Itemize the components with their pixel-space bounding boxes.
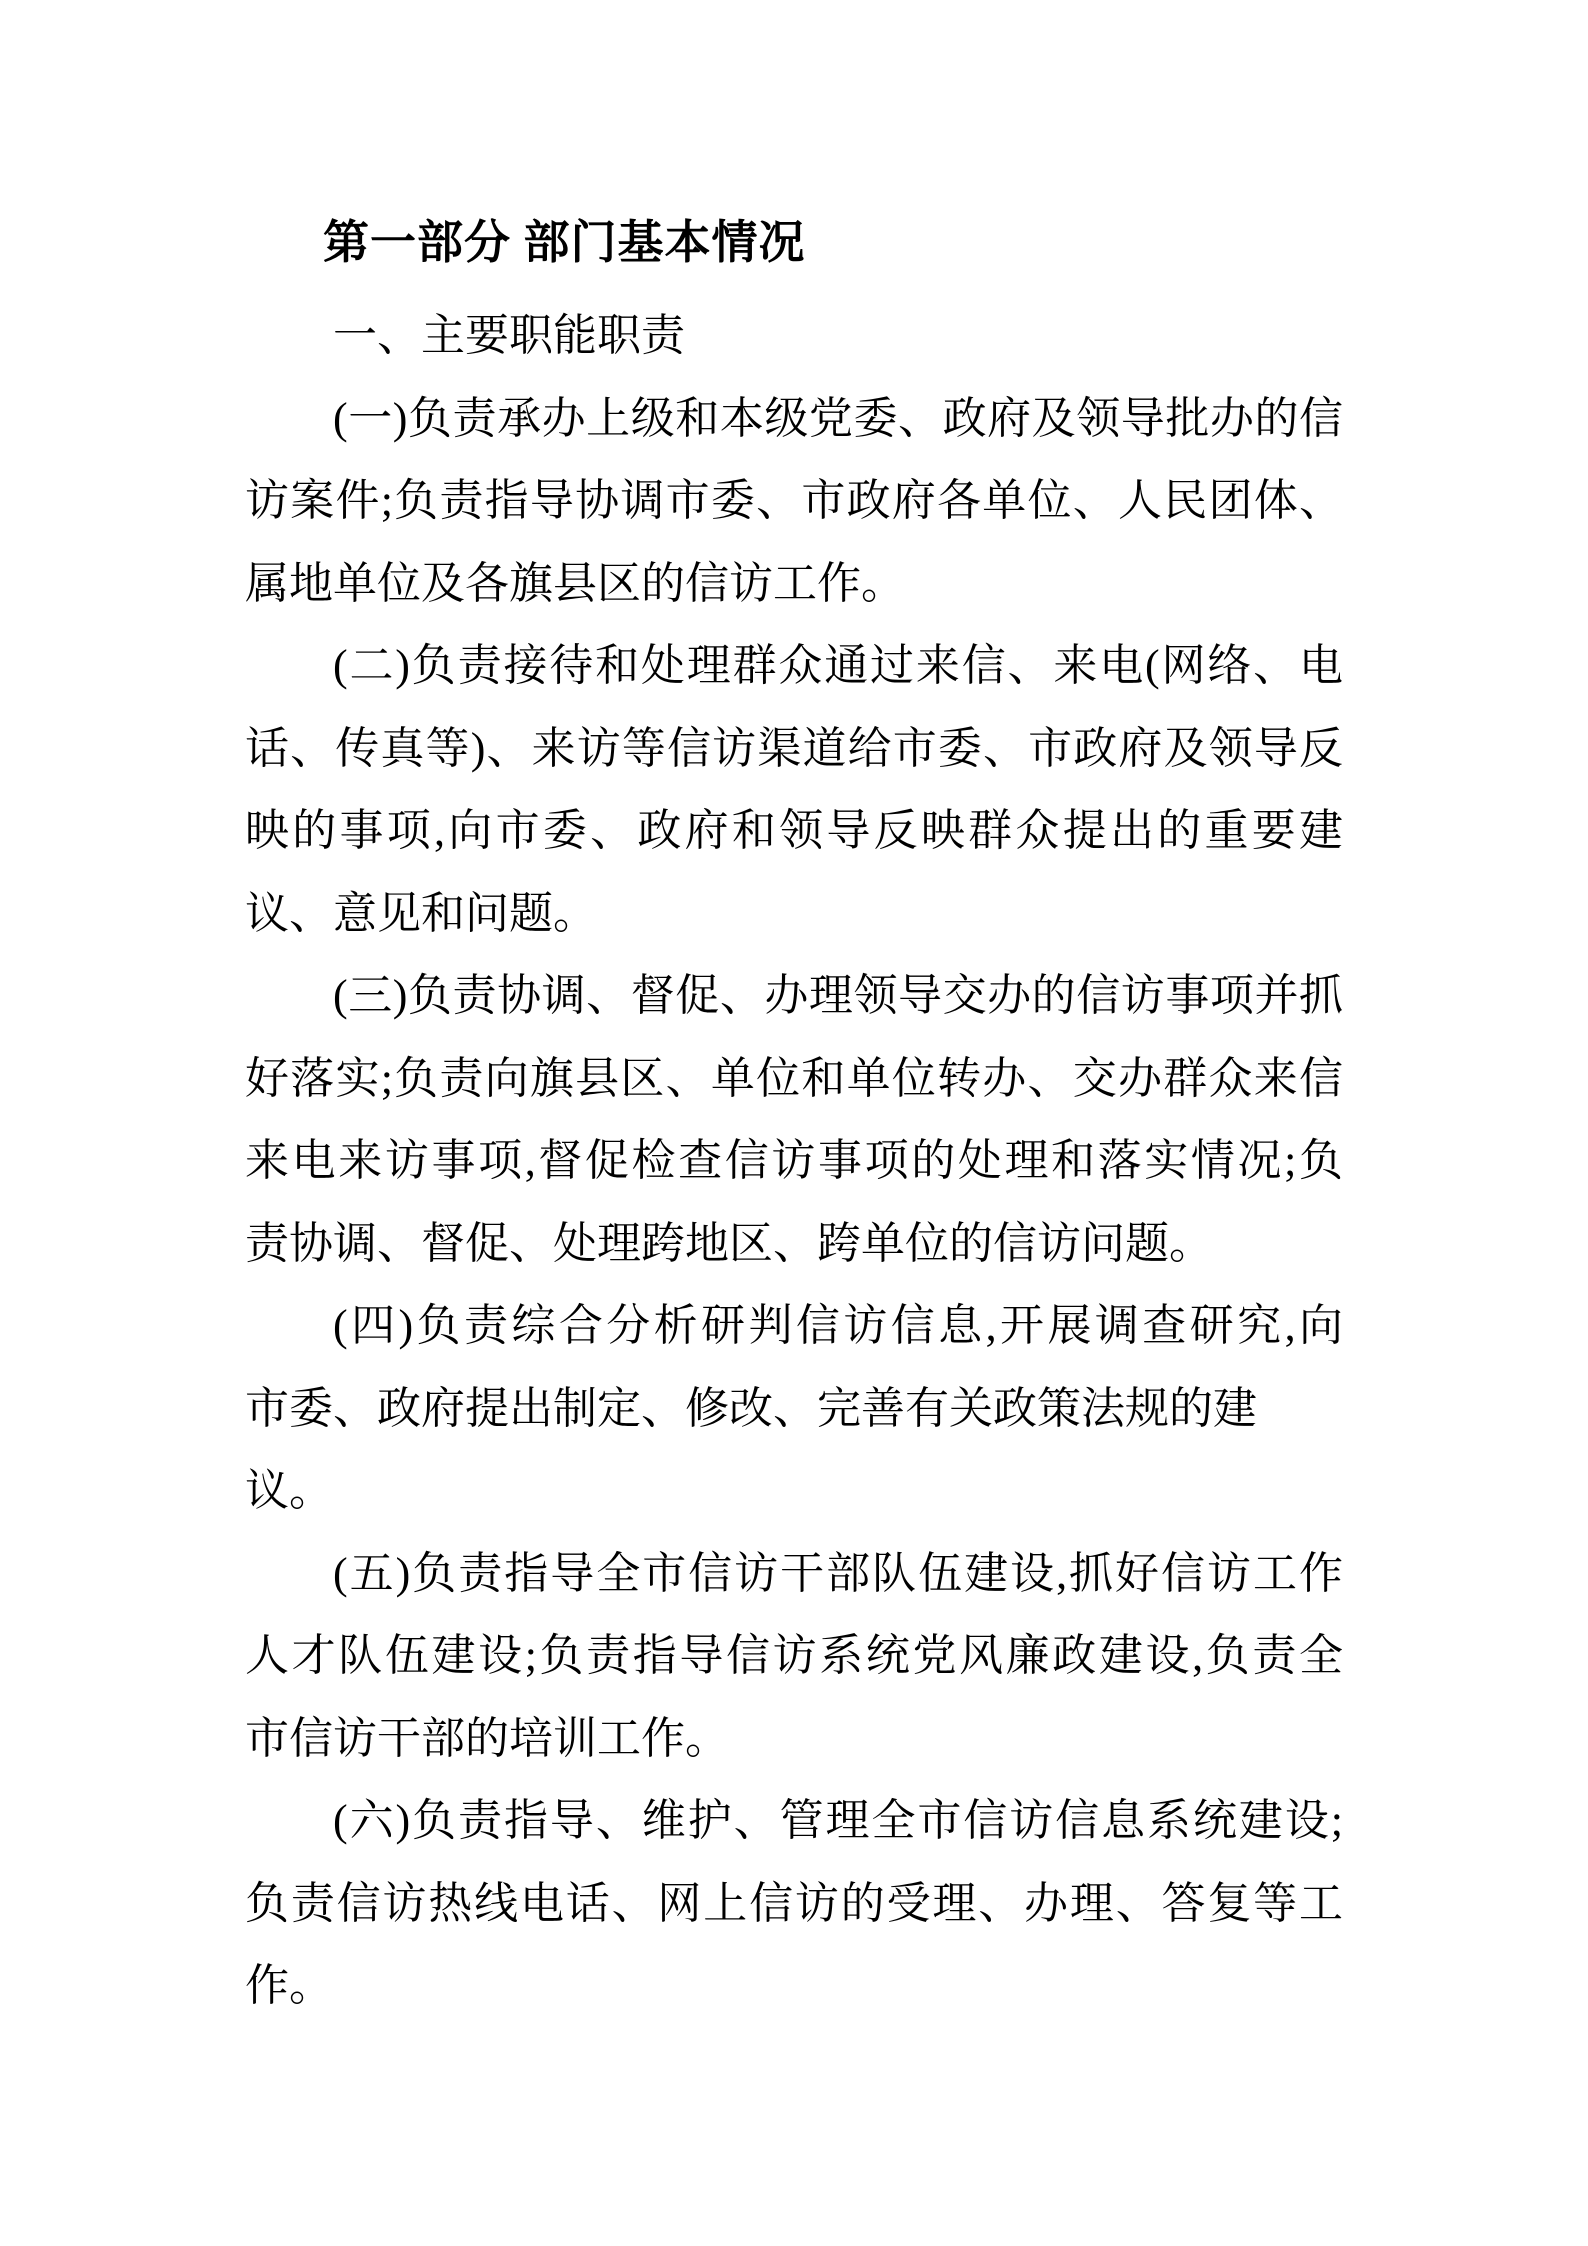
document-title: 第一部分 部门基本情况 — [245, 190, 1343, 295]
body-line: 属地单位及各旗县区的信访工作。 — [245, 543, 1343, 626]
body-line: 作。 — [245, 1945, 1343, 2028]
body-line: 映的事项,向市委、政府和领导反映群众提出的重要建 — [245, 790, 1343, 873]
body-line: 访案件;负责指导协调市委、市政府各单位、人民团体、 — [245, 460, 1343, 543]
body-line: 负责信访热线电话、网上信访的受理、办理、答复等工 — [245, 1863, 1343, 1946]
body-line: (三)负责协调、督促、办理领导交办的信访事项并抓 — [245, 955, 1343, 1038]
body-line: (二)负责接待和处理群众通过来信、来电(网络、电 — [245, 625, 1343, 708]
body-line: 来电来访事项,督促检查信访事项的处理和落实情况;负 — [245, 1120, 1343, 1203]
document-page: 第一部分 部门基本情况 一、主要职能职责 (一)负责承办上级和本级党委、政府及领… — [0, 0, 1588, 2246]
section-heading: 一、主要职能职责 — [245, 295, 1343, 378]
body-line: 人才队伍建设;负责指导信访系统党风廉政建设,负责全 — [245, 1615, 1343, 1698]
body-line: (五)负责指导全市信访干部队伍建设,抓好信访工作 — [245, 1533, 1343, 1616]
body-line: 议、意见和问题。 — [245, 873, 1343, 956]
body-line: 市信访干部的培训工作。 — [245, 1698, 1343, 1781]
body-line: (一)负责承办上级和本级党委、政府及领导批办的信 — [245, 378, 1343, 461]
body-line: (四)负责综合分析研判信访信息,开展调查研究,向 — [245, 1285, 1343, 1368]
body-line: 市委、政府提出制定、修改、完善有关政策法规的建议。 — [245, 1368, 1343, 1533]
body-line: 话、传真等)、来访等信访渠道给市委、市政府及领导反 — [245, 708, 1343, 791]
body-line: 责协调、督促、处理跨地区、跨单位的信访问题。 — [245, 1203, 1343, 1286]
document-content: 第一部分 部门基本情况 一、主要职能职责 (一)负责承办上级和本级党委、政府及领… — [245, 190, 1343, 2028]
body-line: (六)负责指导、维护、管理全市信访信息系统建设; — [245, 1780, 1343, 1863]
body-line: 好落实;负责向旗县区、单位和单位转办、交办群众来信 — [245, 1038, 1343, 1121]
